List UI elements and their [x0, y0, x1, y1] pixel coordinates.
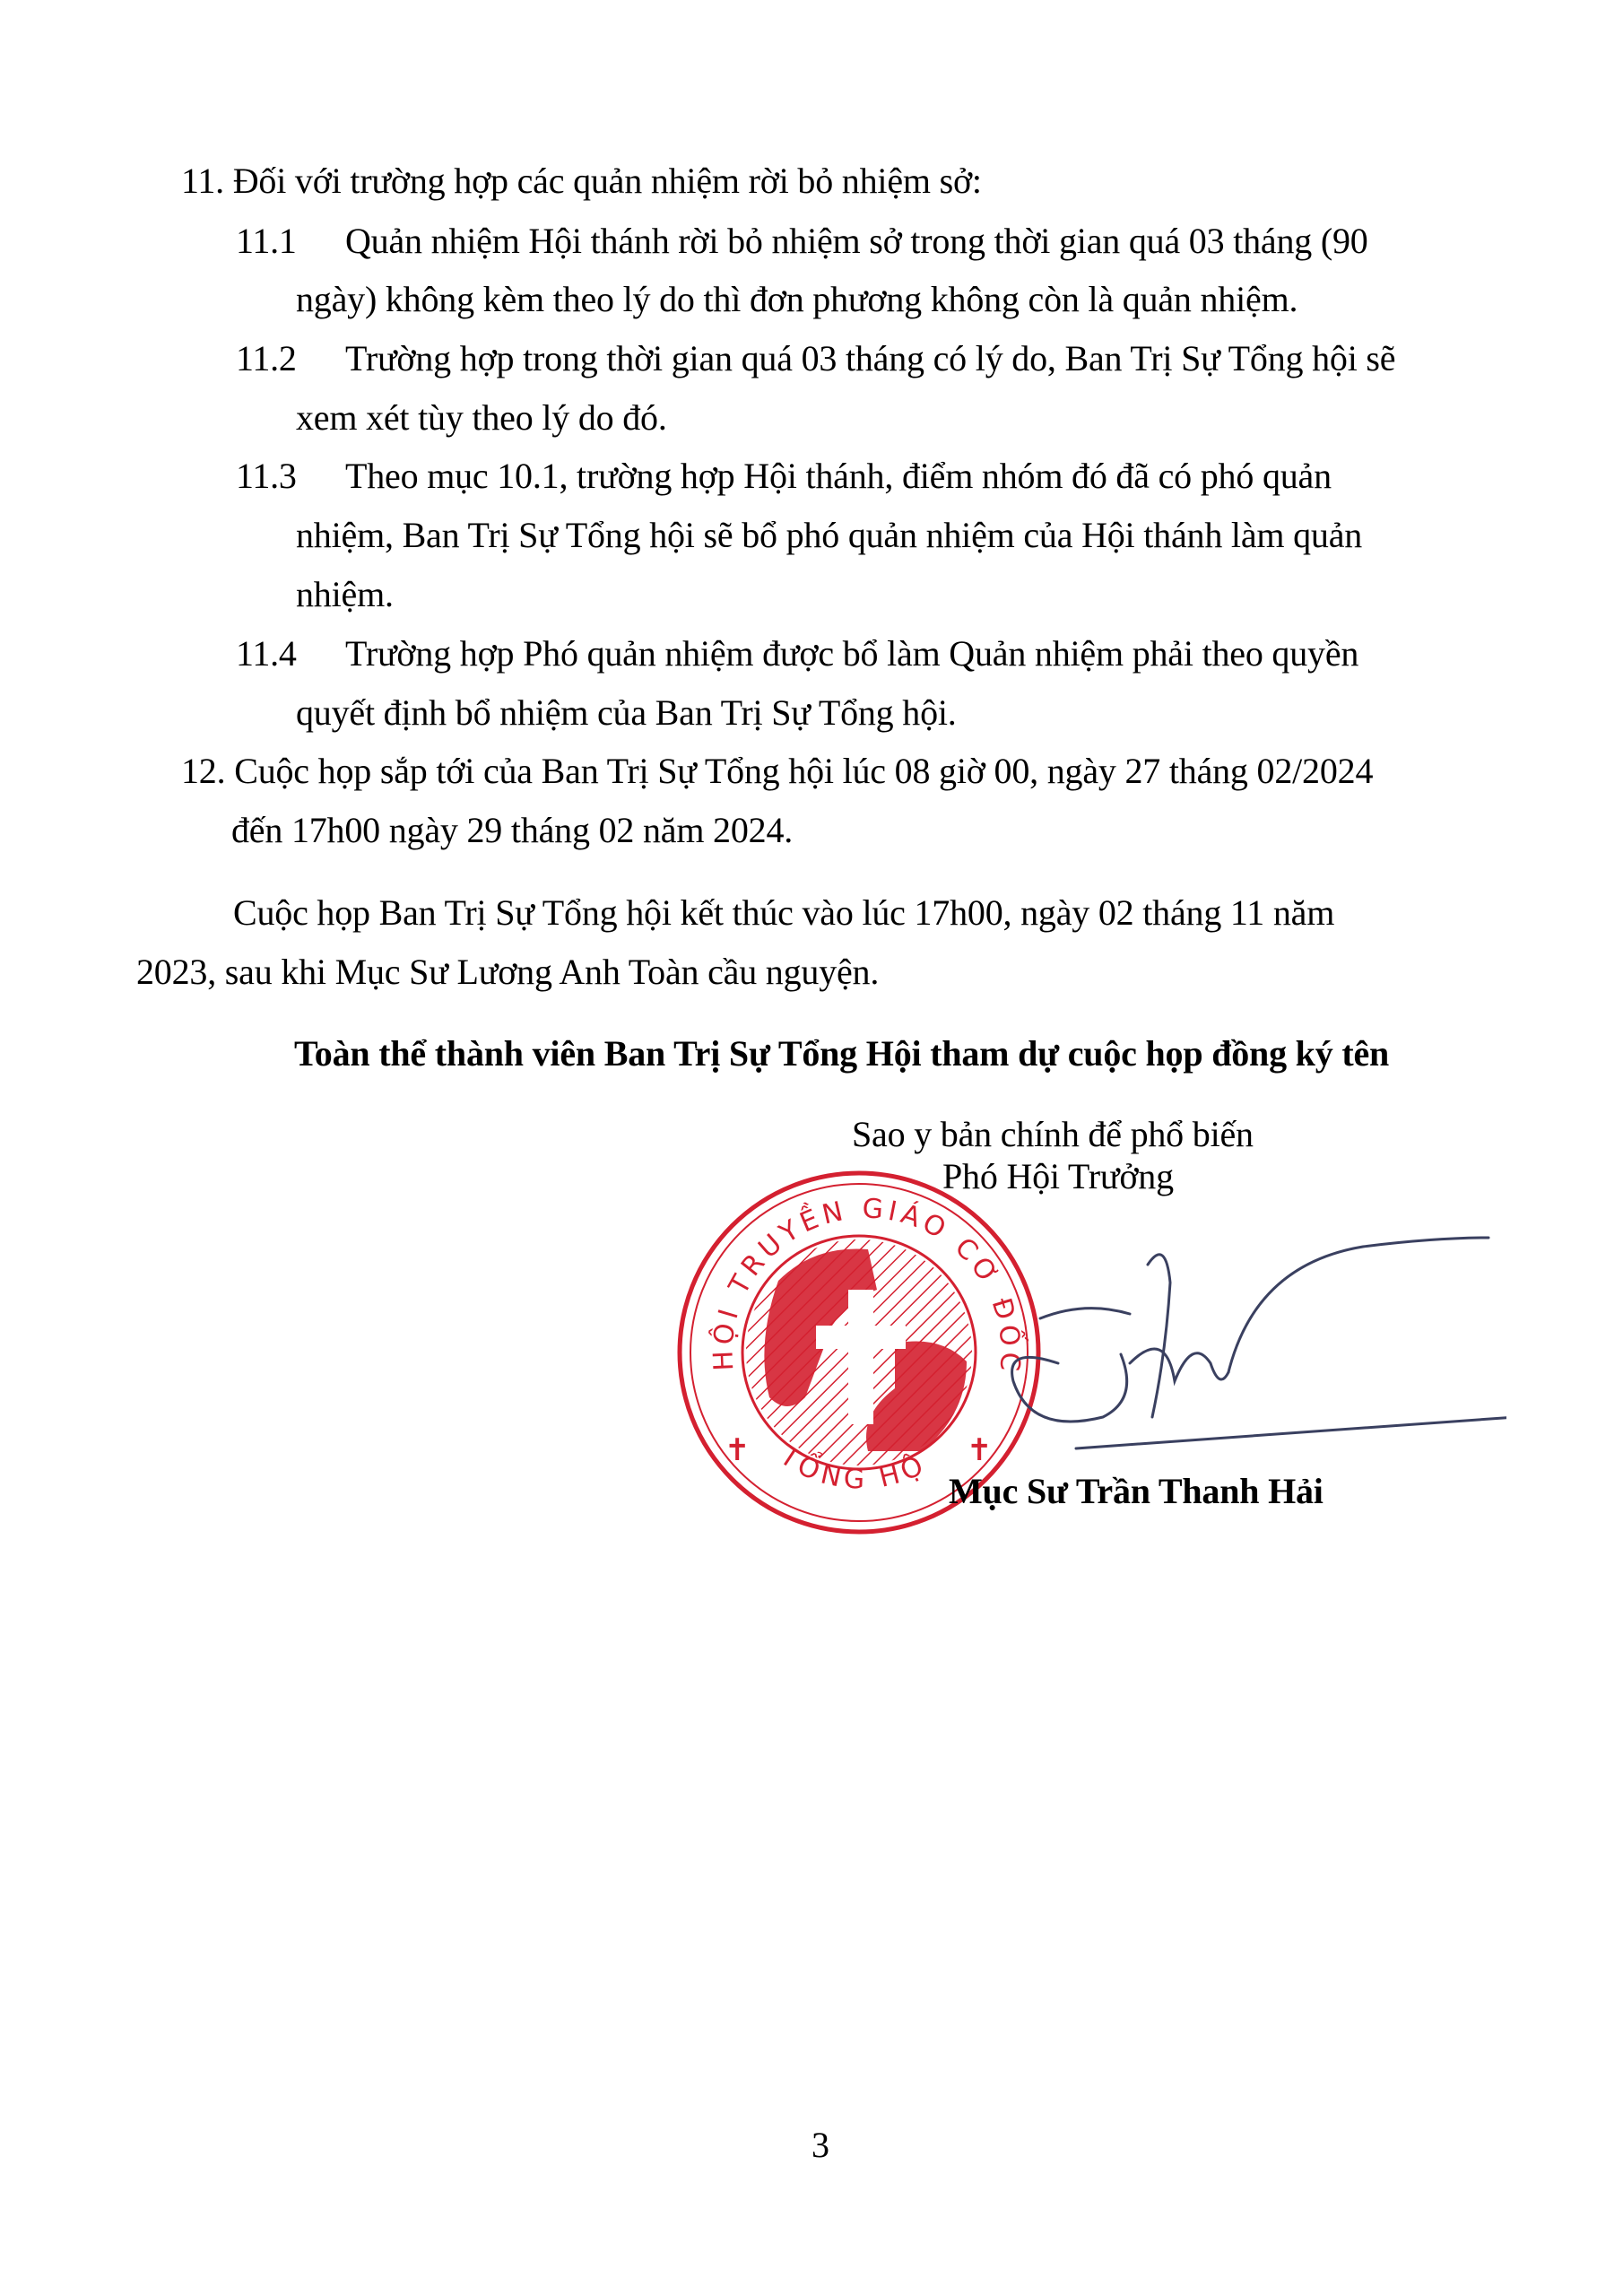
subitem-number: 11.3: [236, 458, 345, 494]
subitem-number: 11.1: [236, 223, 345, 259]
page-number: 3: [811, 2124, 829, 2166]
closing-line1: Cuộc họp Ban Trị Sự Tổng hội kết thúc và…: [233, 895, 1334, 931]
subitem-11-2-line1: 11.2Trường hợp trong thời gian quá 03 th…: [236, 341, 1395, 377]
subitem-11-1-line2: ngày) không kèm theo lý do thì đơn phươn…: [296, 282, 1298, 317]
subitem-11-3-line2: nhiệm, Ban Trị Sự Tổng hội sẽ bổ phó quả…: [296, 517, 1362, 553]
svg-text:✝: ✝: [725, 1432, 751, 1468]
subitem-11-3-line1: 11.3Theo mục 10.1, trường hợp Hội thánh,…: [236, 458, 1332, 494]
item-11: 11. Đối với trường hợp các quản nhiệm rờ…: [181, 163, 982, 199]
subitem-11-3-line3: nhiệm.: [296, 577, 394, 613]
item-number: 11.: [181, 161, 224, 201]
item-text: Đối với trường hợp các quản nhiệm rời bỏ…: [233, 161, 982, 201]
subitem-11-1-line1: 11.1Quản nhiệm Hội thánh rời bỏ nhiệm sở…: [236, 223, 1368, 259]
item-12-line1: 12. Cuộc họp sắp tới của Ban Trị Sự Tổng…: [181, 753, 1373, 789]
item-number: 12.: [181, 751, 225, 791]
closing-line2: 2023, sau khi Mục Sư Lương Anh Toàn cầu …: [136, 954, 879, 990]
handwritten-signature-icon: [986, 1229, 1506, 1462]
signature-heading: Toàn thể thành viên Ban Trị Sự Tổng Hội …: [294, 1036, 1389, 1072]
subitem-11-4-line1: 11.4Trường hợp Phó quản nhiệm được bổ là…: [236, 636, 1358, 672]
item-12-line2: đến 17h00 ngày 29 tháng 02 năm 2024.: [231, 813, 793, 848]
subitem-11-2-line2: xem xét tùy theo lý do đó.: [296, 400, 667, 436]
subitem-number: 11.4: [236, 636, 345, 672]
signer-name: Mục Sư Trần Thanh Hải: [949, 1474, 1324, 1509]
copy-note: Sao y bản chính để phổ biến: [852, 1117, 1254, 1152]
subitem-number: 11.2: [236, 341, 345, 377]
subitem-11-4-line2: quyết định bổ nhiệm của Ban Trị Sự Tổng …: [296, 695, 957, 731]
